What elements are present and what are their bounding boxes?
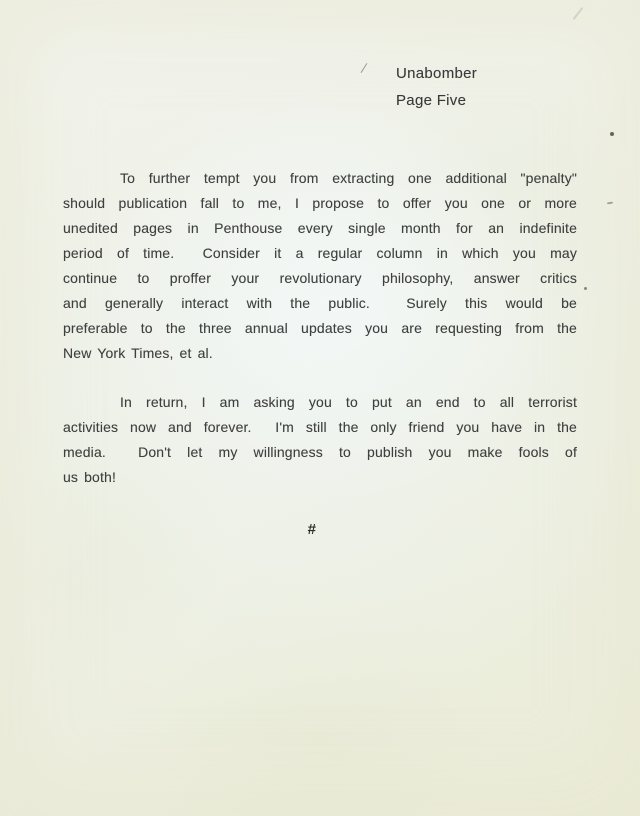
text-line: should publication fall to me, I propose… — [63, 191, 577, 216]
text-line: In return, I am asking you to put an end… — [63, 390, 577, 415]
paragraph-2: In return, I am asking you to put an end… — [63, 390, 577, 490]
ink-speck — [584, 287, 587, 290]
paragraph-1: To further tempt you from extracting one… — [63, 166, 577, 366]
text-line: and generally interact with the public. … — [63, 291, 577, 316]
text-line: To further tempt you from extracting one… — [63, 166, 577, 191]
header-title: Unabomber — [396, 60, 477, 87]
text-line: New York Times, et al. — [63, 341, 577, 366]
text-line: activities now and forever. I'm still th… — [63, 415, 577, 440]
text-line: media. Don't let my willingness to publi… — [63, 440, 577, 465]
scan-scratch-mark — [573, 7, 584, 20]
header-page-number: Page Five — [396, 87, 477, 114]
ink-speck — [610, 132, 614, 136]
text-line: unedited pages in Penthouse every single… — [63, 216, 577, 241]
text-line: us both! — [63, 465, 577, 490]
letter-body: To further tempt you from extracting one… — [63, 166, 577, 490]
ink-speck — [607, 202, 613, 205]
text-line: period of time. Consider it a regular co… — [63, 241, 577, 266]
scanned-letter-page: / Unabomber Page Five To further tempt y… — [0, 0, 640, 816]
text-line: continue to proffer your revolutionary p… — [63, 266, 577, 291]
handwritten-tick-icon: / — [360, 60, 369, 76]
text-line: preferable to the three annual updates y… — [63, 316, 577, 341]
page-header: Unabomber Page Five — [396, 60, 477, 114]
end-of-page-mark: # — [63, 521, 561, 538]
